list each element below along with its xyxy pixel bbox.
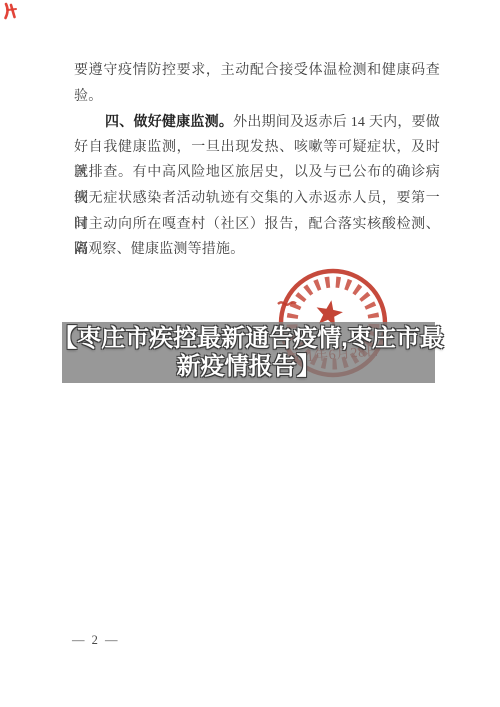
watermark-overlay: 【枣庄市疾控最新通告疫情,枣庄市最 新疫情报告】	[62, 322, 435, 383]
text-line: 验。	[74, 84, 440, 110]
text-line: 离观察、健康监测等措施。	[74, 237, 440, 263]
document-page: 要遵守疫情防控要求，主动配合接受体温检测和健康码查 验。 四、做好健康监测。外出…	[0, 0, 500, 707]
text-line: 好自我健康监测，一旦出现发热、咳嗽等可疑症状，及时就	[74, 135, 440, 161]
corner-mark-stroke	[11, 5, 15, 17]
corner-mark-stroke	[8, 9, 16, 10]
watermark-title-line2: 新疫情报告】	[177, 353, 321, 381]
text-span: 外出期间及返赤后 14 天内，要做	[233, 115, 440, 130]
text-line: 医排查。有中高风险地区旅居史，以及与已公布的确诊病例	[74, 160, 440, 186]
text-line: 或无症状感染者活动轨迹有交集的入赤返赤人员，要第一时	[74, 186, 440, 212]
corner-mark-stroke	[6, 4, 8, 18]
corner-red-mark-icon	[3, 2, 17, 20]
text-line: 要遵守疫情防控要求，主动配合接受体温检测和健康码查	[74, 58, 440, 84]
document-body: 要遵守疫情防控要求，主动配合接受体温检测和健康码查 验。 四、做好健康监测。外出…	[74, 58, 440, 263]
section-heading: 四、做好健康监测。	[105, 113, 233, 129]
text-line: 四、做好健康监测。外出期间及返赤后 14 天内，要做	[74, 109, 440, 135]
page-number: — 2 —	[72, 633, 120, 648]
text-line: 间主动向所在嘎查村（社区）报告，配合落实核酸检测、隔	[74, 212, 440, 238]
watermark-title-line1: 【枣庄市疾控最新通告疫情,枣庄市最	[53, 325, 444, 353]
